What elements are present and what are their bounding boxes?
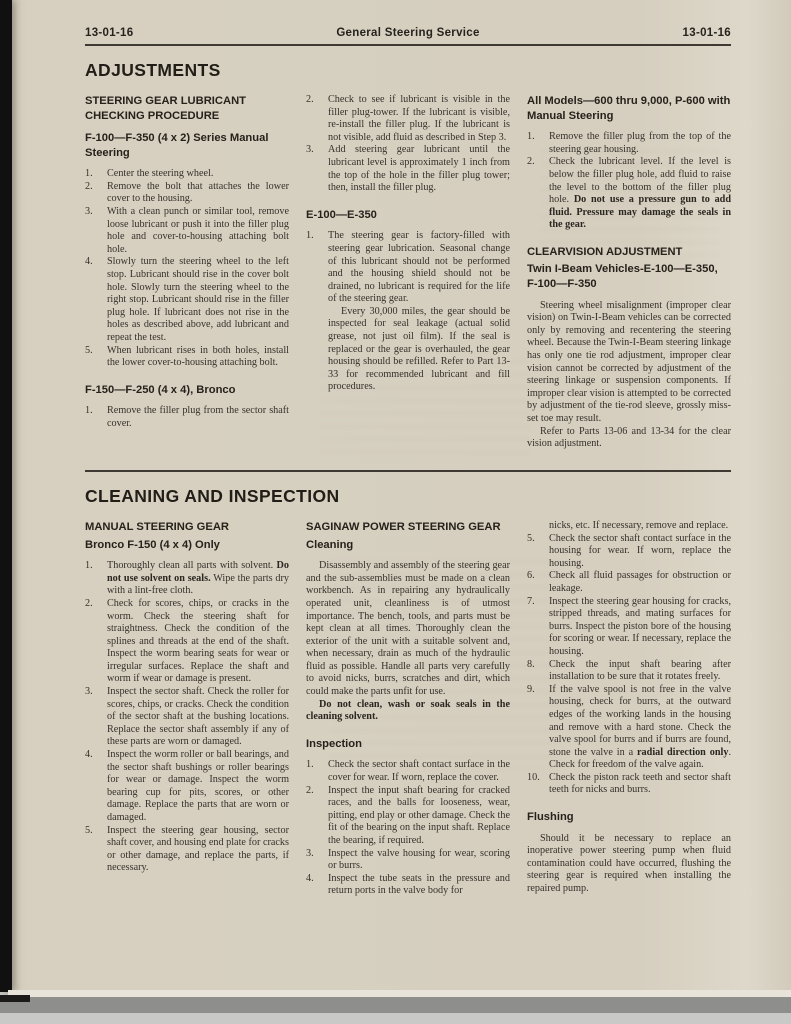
scanned-page: 13-01-16 General Steering Service 13-01-… [0, 0, 791, 990]
paragraph: nicks, etc. If necessary, remove and rep… [527, 520, 731, 533]
list-text: Inspect the worm roller or ball bearings… [107, 749, 289, 825]
list-text: Center the steering wheel. [107, 168, 289, 181]
list-text: Check the piston rack teeth and sector s… [549, 772, 731, 797]
list-text: Inspect the steering gear housing, secto… [107, 825, 289, 875]
list-item: 2.Check to see if lubricant is visible i… [306, 94, 510, 144]
list-item: 2.Check the lubricant level. If the leve… [527, 156, 731, 232]
model-heading: Inspection [306, 737, 510, 752]
page-number-left: 13-01-16 [85, 27, 133, 39]
list-item: 3.Add steering gear lubricant until the … [306, 144, 510, 194]
list-number: 1. [306, 759, 328, 784]
list-text: Remove the filler plug from the top of t… [549, 131, 731, 156]
list-text: When lubricant rises in both holes, inst… [107, 345, 289, 370]
bold-text: Do not use a pressure gun to add fluid. … [549, 194, 731, 230]
list-text: Check for scores, chips, or cracks in th… [107, 598, 289, 686]
list-item: 3.Inspect the sector shaft. Check the ro… [85, 686, 289, 749]
list-text: Inspect the tube seats in the pressure a… [328, 873, 510, 898]
list-number: 1. [306, 230, 328, 306]
list-text: Check the sector shaft contact surface i… [549, 533, 731, 571]
list-item: 5.When lubricant rises in both holes, in… [85, 345, 289, 370]
column-1: MANUAL STEERING GEARBronco F-150 (4 x 4)… [85, 520, 289, 898]
list-item: 1.Check the sector shaft contact surface… [306, 759, 510, 784]
page-number-right: 13-01-16 [683, 27, 731, 39]
list-item: 4.Inspect the tube seats in the pressure… [306, 873, 510, 898]
column-2: 2.Check to see if lubricant is visible i… [306, 94, 510, 470]
bold-text: Do not use solvent on seals. [107, 560, 289, 584]
page-content: 13-01-16 General Steering Service 13-01-… [85, 0, 731, 898]
section-divider-rule [85, 470, 731, 472]
list-item: 6.Check all fluid passages for obstructi… [527, 570, 731, 595]
column-2: SAGINAW POWER STEERING GEARCleaningDisas… [306, 520, 510, 898]
section-title-adjustments: ADJUSTMENTS [85, 60, 731, 81]
paragraph: Every 30,000 miles, the gear should be i… [306, 306, 510, 394]
page-edge-strip [8, 990, 791, 997]
list-item: 4.Slowly turn the steering wheel to the … [85, 256, 289, 344]
list-item: 7.Inspect the steering gear housing for … [527, 596, 731, 659]
list-number: 9. [527, 684, 549, 772]
list-number: 2. [85, 598, 107, 686]
list-item: 1.Center the steering wheel. [85, 168, 289, 181]
paragraph: Steering wheel misalignment (improper cl… [527, 300, 731, 426]
list-text: Add steering gear lubricant until the lu… [328, 144, 510, 194]
subsection-heading: SAGINAW POWER STEERING GEAR [306, 520, 510, 535]
list-item: 5.Inspect the steering gear housing, sec… [85, 825, 289, 875]
page-header: 13-01-16 General Steering Service 13-01-… [85, 0, 731, 39]
list-number: 5. [85, 825, 107, 875]
scan-edge-left [0, 0, 12, 992]
list-text: Inspect the sector shaft. Check the roll… [107, 686, 289, 749]
scan-edge-corner [0, 995, 30, 1002]
page-edge-band [0, 997, 791, 1013]
section-title-cleaning: CLEANING AND INSPECTION [85, 486, 731, 507]
list-text: Remove the filler plug from the sector s… [107, 405, 289, 430]
model-heading: Cleaning [306, 538, 510, 553]
list-item: 10.Check the piston rack teeth and secto… [527, 772, 731, 797]
list-number: 3. [85, 686, 107, 749]
adjustments-columns: STEERING GEAR LUBRICANT CHECKING PROCEDU… [85, 94, 731, 470]
list-text: Check all fluid passages for obstruction… [549, 570, 731, 595]
model-heading: E-100—E-350 [306, 208, 510, 223]
paragraph: Disassembly and assembly of the steering… [306, 560, 510, 699]
model-heading: Flushing [527, 810, 731, 825]
model-heading: Bronco F-150 (4 x 4) Only [85, 538, 289, 553]
list-text: If the valve spool is not free in the va… [549, 684, 731, 772]
list-text: The steering gear is factory-filled with… [328, 230, 510, 306]
model-heading: F-150—F-250 (4 x 4), Bronco [85, 383, 289, 398]
bold-text: Do not clean, wash or soak seals in the … [306, 699, 510, 723]
list-number: 1. [85, 560, 107, 598]
list-number: 1. [85, 168, 107, 181]
list-text: With a clean punch or similar tool, remo… [107, 206, 289, 256]
list-number: 2. [85, 181, 107, 206]
list-item: 2.Inspect the input shaft bearing for cr… [306, 785, 510, 848]
list-item: 9.If the valve spool is not free in the … [527, 684, 731, 772]
list-item: 8.Check the input shaft bearing after in… [527, 659, 731, 684]
subsection-heading: MANUAL STEERING GEAR [85, 520, 289, 535]
list-number: 1. [85, 405, 107, 430]
list-number: 3. [306, 848, 328, 873]
list-text: Inspect the steering gear housing for cr… [549, 596, 731, 659]
list-number: 10. [527, 772, 549, 797]
column-3: All Models—600 thru 9,000, P-600 with Ma… [527, 94, 731, 470]
list-text: Thoroughly clean all parts with solvent.… [107, 560, 289, 598]
list-text: Inspect the input shaft bearing for crac… [328, 785, 510, 848]
list-item: 1.The steering gear is factory-filled wi… [306, 230, 510, 306]
list-text: Slowly turn the steering wheel to the le… [107, 256, 289, 344]
model-heading: All Models—600 thru 9,000, P-600 with Ma… [527, 94, 731, 123]
list-number: 8. [527, 659, 549, 684]
list-item: 4.Inspect the worm roller or ball bearin… [85, 749, 289, 825]
subsection-heading: CLEARVISION ADJUSTMENT [527, 245, 731, 260]
paragraph: Should it be necessary to replace an ino… [527, 833, 731, 896]
column-1: STEERING GEAR LUBRICANT CHECKING PROCEDU… [85, 94, 289, 470]
list-text: Check the input shaft bearing after inst… [549, 659, 731, 684]
header-rule [85, 44, 731, 46]
list-text: Check the sector shaft contact surface i… [328, 759, 510, 784]
list-text: Check the lubricant level. If the level … [549, 156, 731, 232]
model-heading: Twin I-Beam Vehicles-E-100—E-350, F-100—… [527, 262, 731, 291]
list-item: 1.Thoroughly clean all parts with solven… [85, 560, 289, 598]
list-number: 5. [527, 533, 549, 571]
list-number: 1. [527, 131, 549, 156]
list-item: 1.Remove the filler plug from the sector… [85, 405, 289, 430]
list-item: 1.Remove the filler plug from the top of… [527, 131, 731, 156]
cleaning-columns: MANUAL STEERING GEARBronco F-150 (4 x 4)… [85, 520, 731, 898]
list-item: 2.Remove the bolt that attaches the lowe… [85, 181, 289, 206]
list-item: 2.Check for scores, chips, or cracks in … [85, 598, 289, 686]
list-number: 2. [306, 94, 328, 144]
column-3: nicks, etc. If necessary, remove and rep… [527, 520, 731, 898]
list-number: 4. [306, 873, 328, 898]
list-number: 3. [85, 206, 107, 256]
list-text: Remove the bolt that attaches the lower … [107, 181, 289, 206]
list-number: 7. [527, 596, 549, 659]
list-text: Check to see if lubricant is visible in … [328, 94, 510, 144]
list-number: 4. [85, 256, 107, 344]
list-item: 3.Inspect the valve housing for wear, sc… [306, 848, 510, 873]
page-header-title: General Steering Service [336, 27, 479, 39]
list-item: 3.With a clean punch or similar tool, re… [85, 206, 289, 256]
paragraph: Refer to Parts 13-06 and 13-34 for the c… [527, 426, 731, 451]
bold-text: radial direction only [637, 747, 728, 758]
list-number: 6. [527, 570, 549, 595]
paragraph: Do not clean, wash or soak seals in the … [306, 699, 510, 724]
list-number: 2. [306, 785, 328, 848]
list-text: Inspect the valve housing for wear, scor… [328, 848, 510, 873]
list-number: 5. [85, 345, 107, 370]
list-number: 3. [306, 144, 328, 194]
subsection-heading: STEERING GEAR LUBRICANT CHECKING PROCEDU… [85, 94, 289, 123]
scan-background-strip [0, 1013, 791, 1024]
list-number: 2. [527, 156, 549, 232]
model-heading: F-100—F-350 (4 x 2) Series Manual Steeri… [85, 131, 289, 160]
list-item: 5.Check the sector shaft contact surface… [527, 533, 731, 571]
list-number: 4. [85, 749, 107, 825]
